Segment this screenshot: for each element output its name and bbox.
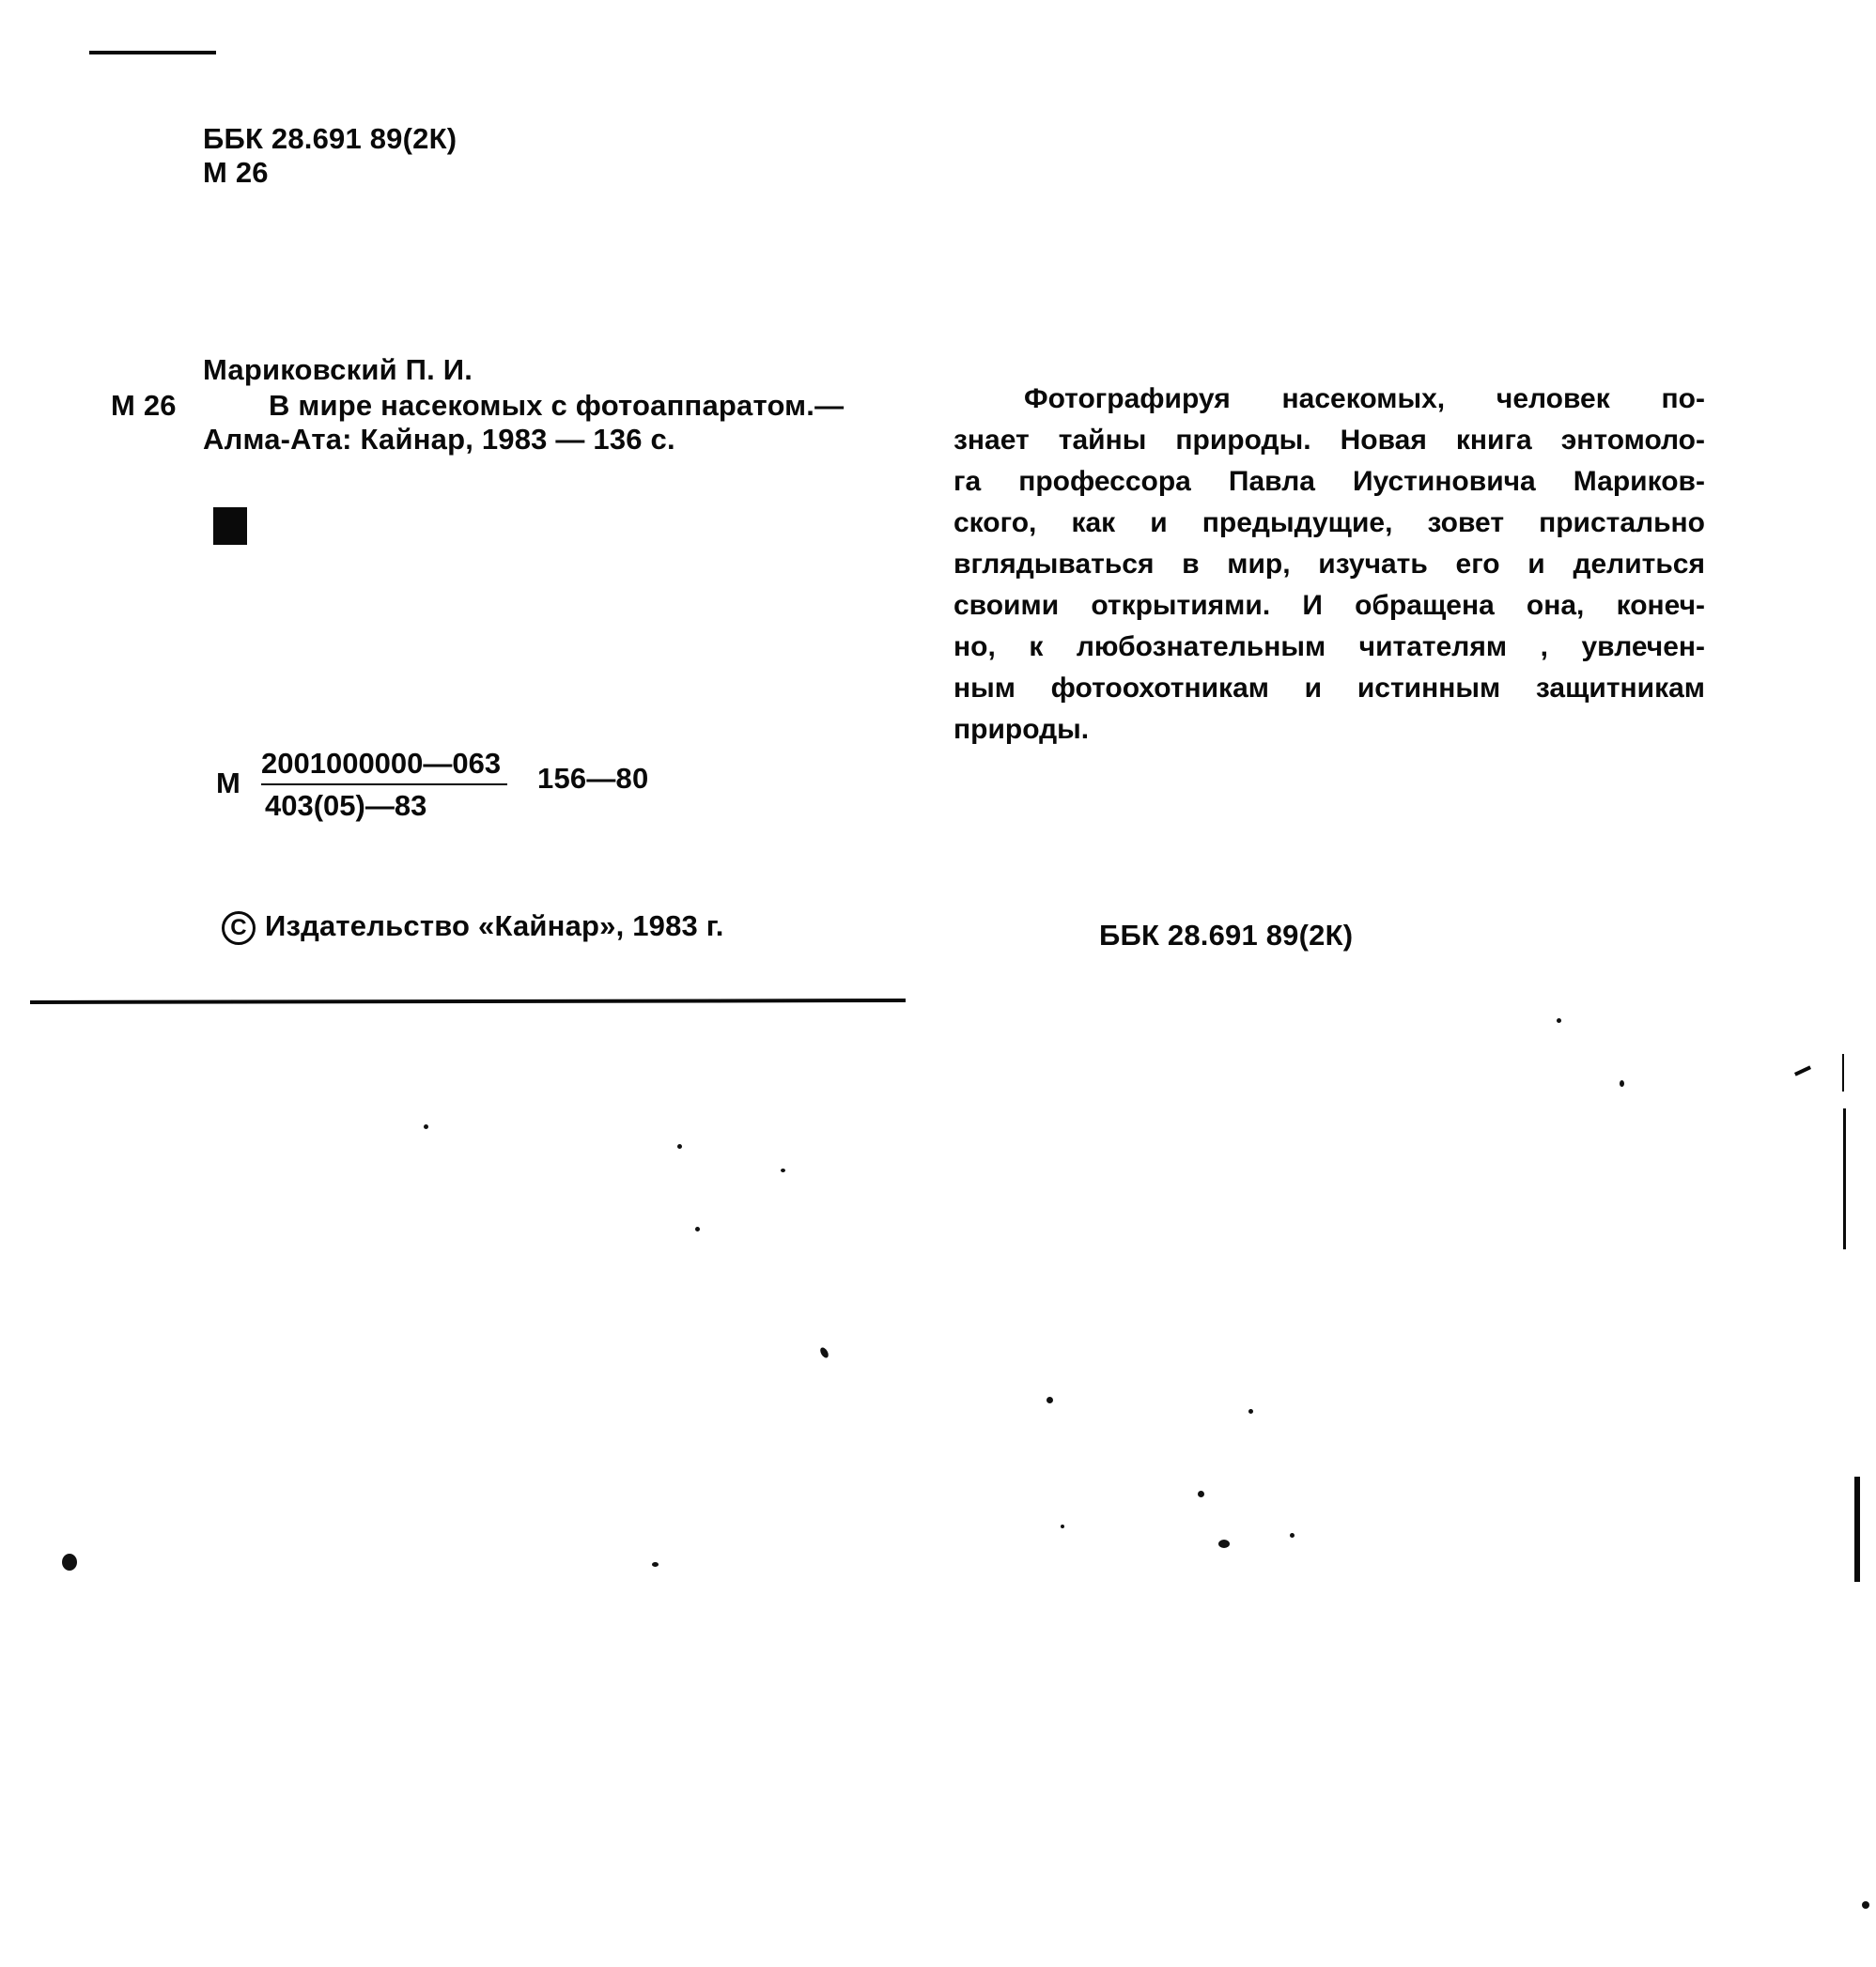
scan-speck [62,1554,77,1571]
annotation-line: ского, как и предыдущие, зовет пристальн… [954,509,1705,537]
scan-edge-dash [1794,1065,1811,1076]
scan-speck [781,1169,785,1172]
classification-denominator: 403(05)—83 [265,789,426,823]
scan-mark-top [89,51,216,54]
copyright-icon: C [222,911,256,945]
annotation-line: ным фотоохотникам и истинным защитникам [954,674,1705,703]
annotation-line: природы. [954,716,1705,744]
scan-speck [1218,1540,1230,1548]
black-marker-square [213,507,247,545]
copyright-text: Издательство «Кайнар», 1983 г. [265,909,724,942]
scan-speck [1620,1080,1624,1087]
scan-speck [1862,1901,1869,1909]
scan-speck [818,1346,829,1359]
fraction-bar [261,783,507,785]
bbk-code: ББК 28.691 89(2К) [203,124,457,153]
scan-speck [424,1124,428,1129]
scan-speck [1557,1018,1561,1023]
catalog-side-mark: М 26 [111,391,177,420]
right-bbk-code: ББК 28.691 89(2К) [1099,921,1353,950]
annotation-line: вглядываться в мир, изучать его и делить… [954,550,1705,579]
scan-edge-line [1843,1108,1846,1249]
scan-speck [677,1144,682,1149]
annotation-line: га профессора Павла Иустиновича Мариков- [954,468,1705,496]
scan-speck [1290,1533,1295,1538]
copyright-line: CИздательство «Кайнар», 1983 г. [222,911,724,945]
classification-prefix: М [216,768,240,798]
annotation-line: своими открытиями. И обращена она, конеч… [954,592,1705,620]
annotation-line: Фотографируя насекомых, человек по- [1024,385,1705,413]
annotation-line: знает тайны природы. Новая книга энтомол… [954,426,1705,455]
author-mark: М 26 [203,158,269,187]
scan-speck [1061,1525,1064,1528]
classification-numerator: 2001000000—063 [261,747,501,781]
scan-speck [652,1562,659,1567]
scan-edge-line [1854,1477,1860,1582]
scan-edge-line [1842,1054,1844,1092]
scan-speck [1047,1397,1053,1403]
scan-speck [1198,1491,1204,1497]
catalog-title: В мире насекомых с фотоаппаратом.— [269,391,844,420]
catalog-author: Мариковский П. И. [203,355,473,384]
catalog-imprint: Алма-Ата: Кайнар, 1983 — 136 с. [203,425,675,454]
scan-speck [1248,1409,1253,1414]
page-bottom-rule [30,999,906,1004]
annotation-line: но, к любознательным читателям , увлечен… [954,633,1705,661]
classification-suffix: 156—80 [537,764,648,793]
scan-speck [695,1227,700,1231]
